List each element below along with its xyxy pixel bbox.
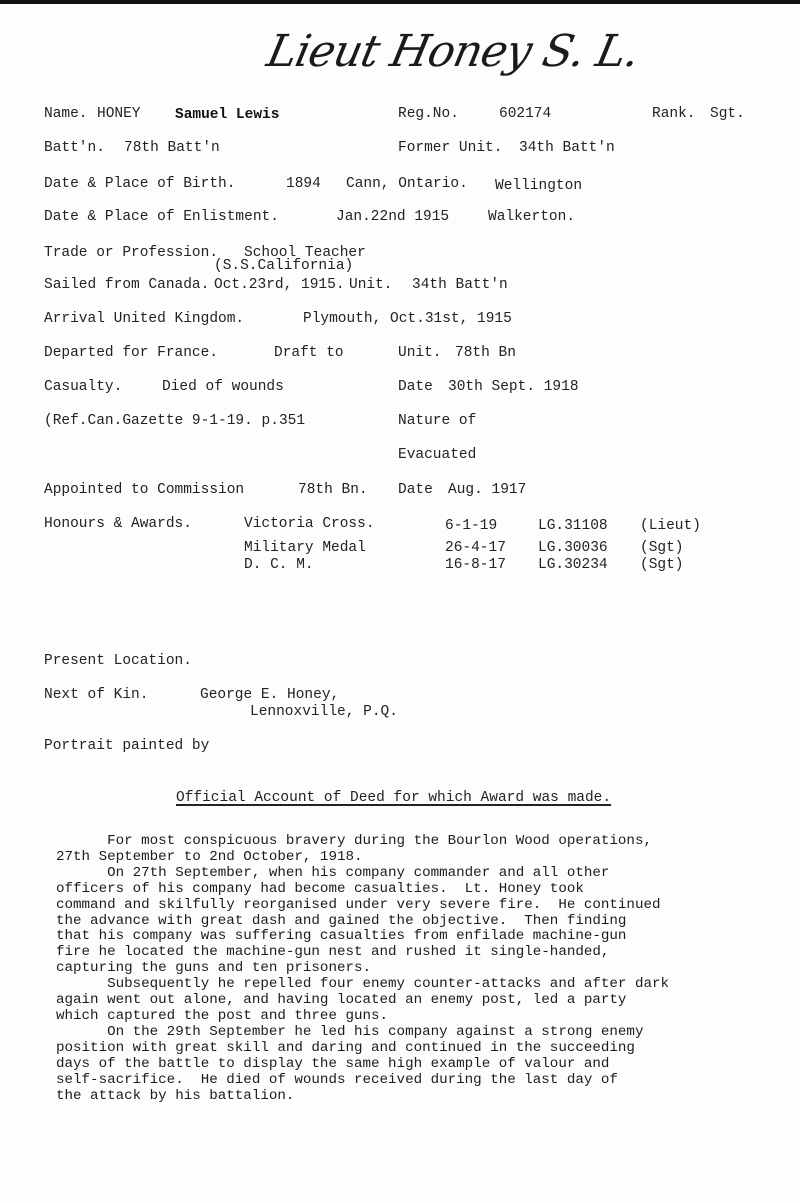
commission-date-label: Date xyxy=(398,482,433,499)
commission-date-value: Aug. 1917 xyxy=(448,482,526,499)
arrival-value: Plymouth, Oct.31st, 1915 xyxy=(303,311,512,328)
enlistment-date: Jan.22nd 1915 xyxy=(336,209,449,226)
departed-value: Draft to xyxy=(274,345,344,362)
casualty-date-value: 30th Sept. 1918 xyxy=(448,379,579,396)
battn-label: Batt'n. xyxy=(44,140,105,157)
birth-county: Wellington xyxy=(495,178,582,195)
honour-gazette: LG.31108 xyxy=(538,518,608,535)
birth-label: Date & Place of Birth. xyxy=(44,176,235,193)
former-unit-value: 34th Batt'n xyxy=(519,140,615,157)
reg-no-value: 602174 xyxy=(499,106,551,123)
sailed-unit-label: Unit. xyxy=(349,277,393,294)
casualty-label: Casualty. xyxy=(44,379,122,396)
surname: HONEY xyxy=(97,106,141,123)
honour-rank: (Sgt) xyxy=(640,540,684,557)
casualty-date-label: Date xyxy=(398,379,433,396)
honour-rank: (Sgt) xyxy=(640,557,684,574)
departed-unit-label: Unit. xyxy=(398,345,442,362)
trade-label: Trade or Profession. xyxy=(44,245,218,262)
arrival-label: Arrival United Kingdom. xyxy=(44,311,244,328)
nature-label: Nature of xyxy=(398,413,476,430)
former-unit-label: Former Unit. xyxy=(398,140,502,157)
honour-gazette: LG.30036 xyxy=(538,540,608,557)
gazette-reference: (Ref.Can.Gazette 9-1-19. p.351 xyxy=(44,413,305,430)
next-of-kin-label: Next of Kin. xyxy=(44,687,148,704)
commission-unit: 78th Bn. xyxy=(298,482,368,499)
next-of-kin-place: Lennoxville, P.Q. xyxy=(250,704,398,721)
casualty-value: Died of wounds xyxy=(162,379,284,396)
next-of-kin-name: George E. Honey, xyxy=(200,687,339,704)
sailed-date: Oct.23rd, 1915. xyxy=(214,277,345,294)
rank-value: Sgt. xyxy=(710,106,745,123)
citation-heading: Official Account of Deed for which Award… xyxy=(176,790,611,807)
birth-year: 1894 xyxy=(286,176,321,193)
evacuated-label: Evacuated xyxy=(398,447,476,464)
sailed-unit-value: 34th Batt'n xyxy=(412,277,508,294)
portrait-label: Portrait painted by xyxy=(44,738,209,755)
honour-date: 6-1-19 xyxy=(445,518,497,535)
commission-label: Appointed to Commission xyxy=(44,482,244,499)
departed-unit-value: 78th Bn xyxy=(455,345,516,362)
name-label: Name. xyxy=(44,106,88,123)
honours-label: Honours & Awards. xyxy=(44,516,192,533)
honour-gazette: LG.30234 xyxy=(538,557,608,574)
enlistment-place: Walkerton. xyxy=(488,209,575,226)
handwritten-signature: Lieut Honey S. L. xyxy=(263,26,644,77)
given-names: Samuel Lewis xyxy=(175,107,279,124)
present-location-label: Present Location. xyxy=(44,653,192,670)
departed-label: Departed for France. xyxy=(44,345,218,362)
citation-text: For most conspicuous bravery during the … xyxy=(56,834,786,1104)
honour-date: 26-4-17 xyxy=(445,540,506,557)
birth-place: Cann, Ontario. xyxy=(346,176,468,193)
honour-award: Victoria Cross. xyxy=(244,516,375,533)
ship-name: (S.S.California) xyxy=(214,258,353,275)
honour-rank: (Lieut) xyxy=(640,518,701,535)
reg-no-label: Reg.No. xyxy=(398,106,459,123)
sailed-label: Sailed from Canada. xyxy=(44,277,209,294)
honour-date: 16-8-17 xyxy=(445,557,506,574)
honour-award: Military Medal xyxy=(244,540,366,557)
rank-label: Rank. xyxy=(652,106,696,123)
honour-award: D. C. M. xyxy=(244,557,314,574)
enlistment-label: Date & Place of Enlistment. xyxy=(44,209,279,226)
battn-value: 78th Batt'n xyxy=(124,140,220,157)
